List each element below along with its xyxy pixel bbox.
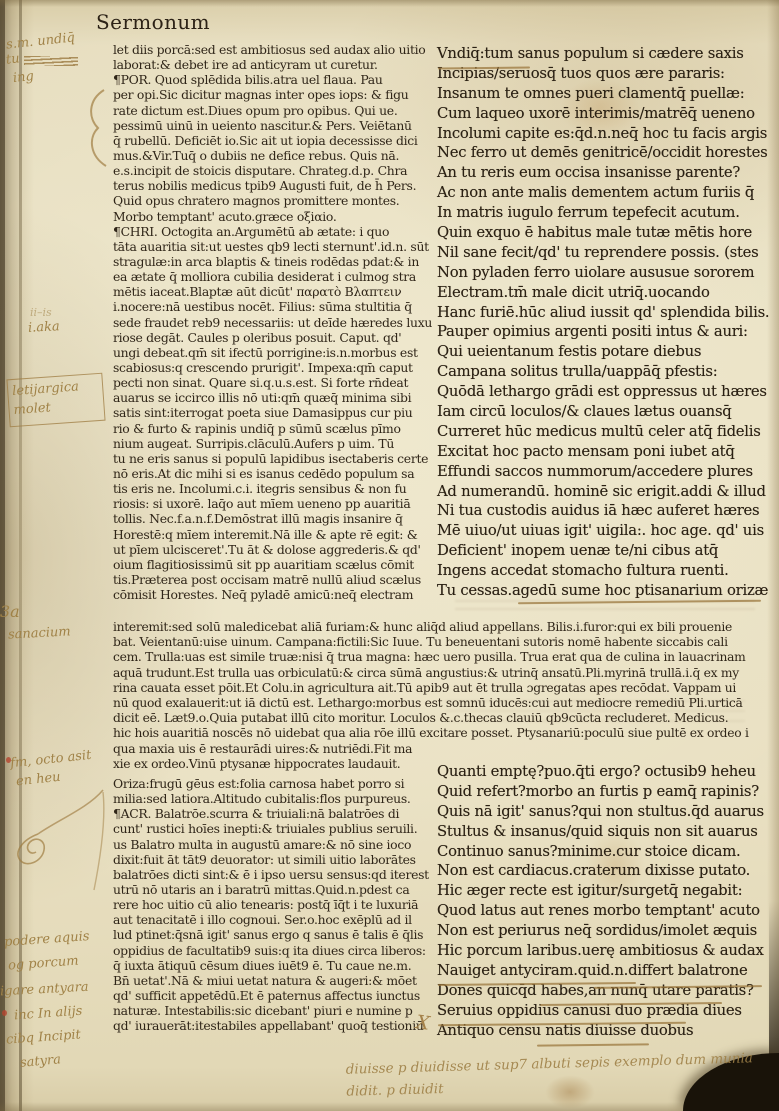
margin-note-iaka: i.aka: [28, 319, 60, 336]
text-line: ¶ACR. Balatrōe.scurra & triuiali:nā bala…: [113, 806, 437, 821]
text-line: Insanum te omnes pueri clamentq̄ puellæ:: [437, 84, 767, 104]
text-line: mētis iaceat.Blaptæ aūt dicūt' παρατὸ Βλ…: [113, 284, 437, 299]
margin-note-ligare: igare antyara: [0, 980, 89, 1000]
text-line: utrū nō utaris an i baratrū mittas.Quid.…: [113, 882, 437, 897]
text-line: Curreret hūc medicus multū celer atq̄ fi…: [437, 422, 767, 442]
margin-x-mark: X: [415, 1011, 431, 1035]
text-line: Vndiq̄:tum sanus populum si cædere saxis: [437, 44, 767, 64]
text-line: Electram.tm̄ male dicit utriq̄.uocando: [437, 283, 767, 303]
page-edge-bottom: [0, 1102, 779, 1111]
red-ink-dot: [2, 1010, 7, 1016]
text-line: ¶POR. Quod splēdida bilis.atra uel flaua…: [113, 72, 437, 87]
text-line: riose degāt. Caules p oleribus posuit. C…: [113, 330, 437, 345]
text-line: cōmisit Horestes. Neq̄ pyladē amicū:neq̄…: [113, 587, 437, 602]
text-line: Quōdā lethargo grādi est oppressus ut hæ…: [437, 382, 767, 402]
text-line: Campana solitus trulla/uappāq̄ pfestis:: [437, 362, 767, 382]
text-line: let diis porcā:sed est ambitiosus sed au…: [113, 42, 437, 57]
text-line: balatrōes dicti sint:& ē i ipso uersu se…: [113, 867, 437, 882]
text-line: Tu cessas.agedū sume hoc ptisanarium ori…: [437, 581, 767, 601]
text-line: Cum laqueo uxorē interimis/matrēq̄ uenen…: [437, 104, 767, 124]
text-line: cunt' rustici hoīes inepti:& triuiales p…: [113, 821, 437, 836]
text-line: tollis. Nec.f.a.n.f.Demōstrat illū magis…: [113, 511, 437, 526]
text-line: Incolumi capite es:q̄d.n.neq̄ hoc tu fac…: [437, 124, 767, 144]
text-line: ¶CHRI. Octogita an.Argumētū ab ætate: i …: [113, 224, 437, 239]
text-line: Non est cardiacus.craterum dixisse putat…: [437, 861, 771, 881]
text-line: In matris iugulo ferrum tepefecit acutum…: [437, 203, 767, 223]
text-line: Hic æger recte est igitur/surgetq̄ negab…: [437, 881, 771, 901]
text-line: interemit:sed solū maledicebat aliā furi…: [113, 620, 771, 635]
text-line: Pauper opimius argenti positi intus & au…: [437, 322, 767, 342]
text-line: Ad numerandū. hominē sic erigit.addi & i…: [437, 482, 767, 502]
text-line: Hic porcum laribus.uerę ambitiosus & aud…: [437, 941, 771, 961]
text-line: tāta auaritia sit:ut uestes qb9 lecti st…: [113, 239, 437, 254]
page-edge-top: [0, 0, 779, 7]
text-line: q̄ iuxta ātiquū cēsum diues iuēt9 ē. Tu …: [113, 958, 437, 973]
deletion-scribble: [24, 56, 78, 66]
verse-lower-right: Quanti emptę?puo.q̄ti ergo? octusib9 heh…: [437, 762, 771, 1040]
text-line: pecti non sinat. Quare si.q.u.s.est. Si …: [113, 375, 437, 390]
margin-note-boxed: letijargica molet: [6, 373, 105, 428]
text-line: Quin exquo ē habitus male tutæ mētis hor…: [437, 223, 767, 243]
text-line: Quanti emptę?puo.q̄ti ergo? octusib9 heh…: [437, 762, 771, 782]
text-line: Nauiget antyciram.quid.n.differt balatro…: [437, 961, 771, 981]
text-line: Continuo sanus?minime.cur stoice dicam.: [437, 842, 771, 862]
text-line: terus nobilis medicus tpib9 Augusti fuit…: [113, 178, 437, 193]
margin-note-top-2: tu: [5, 51, 20, 67]
text-line: Ingens accedat stomacho fultura ruenti.: [437, 561, 767, 581]
text-line: tis.Præterea post occisam matrē nullū al…: [113, 572, 437, 587]
text-line: Ac non ante malis dementem actum furiis …: [437, 183, 767, 203]
text-line: oppidius de facultatib9 suis:q ita diues…: [113, 943, 437, 958]
margin-note-incipit-3: satyra: [19, 1052, 61, 1071]
text-line: Nec ferro ut demēs genitricē/occidit hor…: [437, 143, 767, 163]
text-line: per opi.Sic dicitur magnas inter opes io…: [113, 87, 437, 102]
text-line: Oriza:frugū gēus est:folia carnosa habet…: [113, 776, 437, 791]
text-line: riosis: si uxorē. laq̄o aut mīem ueneno …: [113, 496, 437, 511]
book-page: Sermonum let diis porcā:sed est ambitios…: [0, 0, 779, 1111]
text-line: cem. Trulla:uas est simile truæ:nisi q̄ …: [113, 650, 771, 665]
text-line: dicit eē. Læt9.o.Quia putabat illū cito …: [113, 711, 771, 726]
text-line: Deficient' inopem uenæ te/ni cibus atq̄: [437, 541, 767, 561]
text-line: Mē uiuo/ut uiuas igit' uigila:. hoc age.…: [437, 521, 767, 541]
text-line: Hanc furiē.hūc aliud iussit qd' splendid…: [437, 303, 767, 323]
margin-note-ofm-2: en heu: [15, 770, 61, 790]
text-line: q̄ rubellū. Deficiēt io.Sic ait ut iopia…: [113, 133, 437, 148]
text-line: Iam circū loculos/& claues lætus ouansq̄: [437, 402, 767, 422]
text-line: tis eris ne. Incolumi.c.i. itegris sensi…: [113, 481, 437, 496]
text-line: Nil sane fecit/qd' tu reprendere possis.…: [437, 243, 767, 263]
text-line: rio & furto & rapinis undiq̄ p sūmū scæl…: [113, 421, 437, 436]
text-line: Horestē:q mīem interemit.Nā ille & apte …: [113, 527, 437, 542]
text-line: Qui ueientanum festis potare diebus: [437, 342, 767, 362]
margin-note-sana-2: sanacium: [8, 624, 71, 642]
text-line: aquā trudunt.Est trulla uas orbiculatū:&…: [113, 666, 771, 681]
text-line: ea ætate q̄ molliora cubilia desiderat i…: [113, 269, 437, 284]
text-line: An tu reris eum occisa insanisse parente…: [437, 163, 767, 183]
text-line: sede fraudet reb9 necessariis: ut deīde …: [113, 315, 437, 330]
text-line: Quod latus aut renes morbo temptant' acu…: [437, 901, 771, 921]
text-line: qd' iurauerāt:itestabiles appellabant' q…: [113, 1018, 437, 1033]
text-line: Excitat hoc pacto mensam poni iubet atq̄: [437, 442, 767, 462]
manicule-doodle-icon: [8, 790, 108, 900]
text-line: lud ptinet:q̄snā igit' sanus ergo q sanu…: [113, 927, 437, 942]
text-line: Quid refert?morbo an furtis p eamq̄ rapi…: [437, 782, 771, 802]
text-line: scabiosus:q crescendo prurigit'. Impexa:…: [113, 360, 437, 375]
verse-top-right: Vndiq̄:tum sanus populum si cædere saxis…: [437, 44, 767, 601]
text-line: naturæ. Intestabilis:sic dicebant' piuri…: [113, 1003, 437, 1018]
text-line: Quis nā igit' sanus?qui non stultus.q̄d …: [437, 802, 771, 822]
text-line: rere hoc uitio cū alio tenearis: postq̄ …: [113, 897, 437, 912]
text-line: Quid opus chratero magnos promittere mon…: [113, 193, 437, 208]
text-line: Effundi saccos nummorum/accedere plures: [437, 462, 767, 482]
text-line: tu ne eris sanus si populū lapidibus ise…: [113, 451, 437, 466]
text-line: hic hois auaritiā noscēs nō uidebat qua …: [113, 726, 771, 741]
red-ink-dot: [6, 757, 11, 763]
text-line: ungi debeat.qm̄ sit ifectū porrigine:is.…: [113, 345, 437, 360]
text-line: Ni tua custodis auidus iā hæc auferet hæ…: [437, 501, 767, 521]
brace-flourish-icon: [84, 88, 110, 168]
text-line: rina cauata esset pōit.Et Colu.in agricu…: [113, 681, 771, 696]
text-line: bat. Veientanū:uise uinum. Campana:ficti…: [113, 635, 771, 650]
text-line: rate dictum est.Diues opum pro opibus. Q…: [113, 103, 437, 118]
text-line: auarus se iccirco illis nō uti:qm̄ quæq̄…: [113, 390, 437, 405]
hand-underline: [537, 1043, 649, 1046]
text-line: milia:sed latiora.Altitudo cubitalis:flo…: [113, 791, 437, 806]
commentary-top-left: let diis porcā:sed est ambitiosus sed au…: [113, 42, 437, 602]
margin-note-sana-1: 3a: [0, 602, 20, 621]
text-line: nium augeat. Surripis.clāculū.Aufers p u…: [113, 436, 437, 451]
text-line: Bn̄ uetat'.Nā & miui uetat natura & auge…: [113, 973, 437, 988]
text-line: nō eris.At dic mihi si es isanus cedēdo …: [113, 466, 437, 481]
text-line: us Balatro multa in augustū amare:& nō s…: [113, 837, 437, 852]
text-line: ut pīem ulcisceret'.Tu āt & dolose aggre…: [113, 542, 437, 557]
commentary-lower-left: Oriza:frugū gēus est:folia carnosa habet…: [113, 776, 437, 1033]
margin-note-top-3: ing: [12, 69, 34, 86]
text-line: pessimū uinū in ueiento nascitur.& Pers.…: [113, 118, 437, 133]
text-line: oium flagitiosissimū sit pp auaritiam sc…: [113, 557, 437, 572]
text-line: qua maxia uis ē restaurādi uires:& nutri…: [113, 742, 771, 757]
text-line: e.s.incipit de stoicis disputare. Chrate…: [113, 163, 437, 178]
text-line: nū quod exalauerit:ut iā dictū est. Leth…: [113, 696, 771, 711]
text-line: Morbo temptant' acuto.græce oξiαio.: [113, 209, 437, 224]
commentary-full-width: interemit:sed solū maledicebat aliā furi…: [113, 620, 771, 772]
running-title: Sermonum: [96, 10, 210, 34]
margin-faint-mark: ii–is: [30, 306, 52, 319]
text-line: aut tenacitatē i illo cognoui. Ser.o.hoc…: [113, 912, 437, 927]
text-line: stragulæ:in arca blaptis & tineis rodēda…: [113, 254, 437, 269]
text-line: Non est periurus neq̄ sordidus/imolet æq…: [437, 921, 771, 941]
text-line: satis sint:iterrogat poeta siue Damasipp…: [113, 405, 437, 420]
text-line: qd' sufficit appetēdū.Et ē paternus affe…: [113, 988, 437, 1003]
text-line: mus.&Vir.Tuq̄ o dubiis ne defice rebus. …: [113, 148, 437, 163]
text-line: Non pyladen ferro uiolare aususue sorore…: [437, 263, 767, 283]
text-line: laborat:& debet ire ad anticyram ut cure…: [113, 57, 437, 72]
text-line: i.nocere:nā uestibus nocēt. Filius: sūma…: [113, 299, 437, 314]
text-line: Stultus & insanus/quid siquis non sit au…: [437, 822, 771, 842]
text-line: dixit:fuit āt tāt9 deuorator: ut simili …: [113, 852, 437, 867]
